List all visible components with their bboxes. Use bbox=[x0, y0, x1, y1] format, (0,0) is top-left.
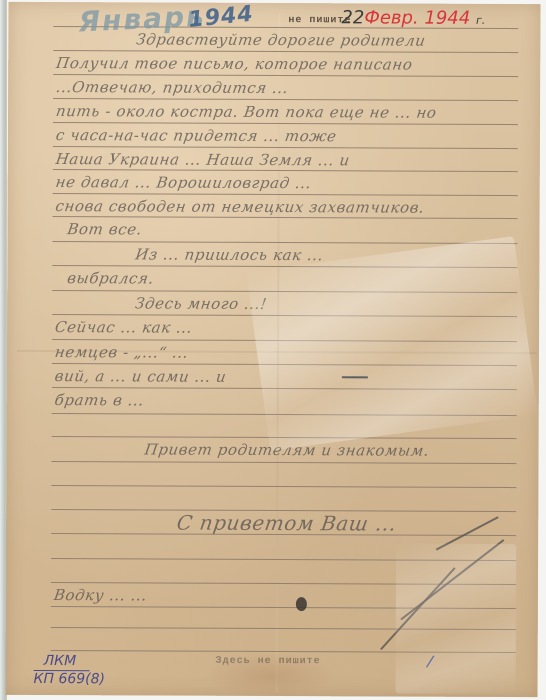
crossed-out-word bbox=[342, 376, 368, 378]
handwritten-line: Наша Украина ... Наша Земля ... и bbox=[55, 150, 523, 170]
handwritten-line: выбрался. bbox=[54, 269, 534, 289]
ruled-line bbox=[52, 290, 517, 293]
handwritten-line: ...Отвечаю, приходится ... bbox=[55, 78, 523, 98]
closing-signature-line: С приветом Ваш ... bbox=[53, 510, 521, 536]
letter-date: 22Февр. 1944 г. bbox=[341, 7, 485, 29]
handwritten-line: Здесь много ...! bbox=[54, 294, 522, 314]
ruled-line bbox=[52, 339, 517, 342]
printed-footer-text: Здесь не пишите bbox=[216, 656, 321, 667]
handwritten-line: брать в ... bbox=[53, 391, 521, 411]
ruled-line bbox=[52, 436, 517, 439]
ruled-line bbox=[52, 387, 517, 390]
archive-inventory-mark: ЛКМ КП 669(8) bbox=[34, 653, 106, 688]
handwritten-line: Вот все. bbox=[54, 220, 534, 240]
ruled-line bbox=[51, 558, 516, 561]
handwritten-line: не давал ... Ворошиловград ... bbox=[54, 173, 522, 193]
ruled-line bbox=[53, 50, 518, 53]
handwritten-line: с часа-на-час придется ... тоже bbox=[55, 126, 523, 146]
archive-item-number: КП 669(8) bbox=[34, 671, 106, 687]
handwritten-line: Из ... пришлось как ... bbox=[54, 245, 522, 265]
tape-glare bbox=[396, 544, 517, 695]
handwritten-line: Получил твое письмо, которое написано bbox=[55, 54, 523, 74]
ink-blot bbox=[296, 597, 307, 611]
handwritten-line: Сейчас ... как ... bbox=[54, 318, 522, 338]
ruled-line bbox=[53, 98, 518, 101]
ruled-line bbox=[53, 193, 518, 196]
date-day: 22 bbox=[341, 7, 364, 28]
ruled-line bbox=[51, 606, 516, 609]
ruled-line bbox=[53, 146, 518, 149]
ruled-line bbox=[53, 74, 518, 77]
handwritten-line: пить - около костра. Вот пока еще не ...… bbox=[55, 102, 523, 122]
ruled-line bbox=[51, 627, 516, 630]
ruled-line bbox=[52, 241, 517, 244]
postscript-line: Водку ... ... bbox=[53, 586, 521, 606]
ruled-line bbox=[52, 461, 517, 464]
handwritten-line: немцев - „...“ ... bbox=[54, 343, 522, 363]
archive-tick-mark: / bbox=[425, 651, 435, 671]
ruled-line bbox=[52, 314, 517, 317]
letter-sheet: Январь 1944 не пишите 22Февр. 1944 г. Зд… bbox=[5, 2, 540, 697]
blue-pencil-year: 1944 bbox=[187, 2, 254, 33]
ruled-line bbox=[53, 122, 518, 125]
ruled-line bbox=[52, 413, 517, 416]
ruled-line bbox=[52, 363, 517, 366]
ruled-line bbox=[52, 265, 517, 268]
regards-line: Привет родителям и знакомым. bbox=[53, 440, 521, 460]
date-month: Февр. bbox=[364, 7, 418, 28]
archive-collection-code: ЛКМ bbox=[34, 653, 90, 671]
handwritten-line: снова свободен от немецких захватчиков. bbox=[54, 197, 522, 217]
date-year: 1944 bbox=[424, 8, 470, 29]
handwritten-line: вий, а ... и сами ... и bbox=[54, 367, 522, 387]
ruled-line bbox=[51, 485, 516, 488]
greeting-line: Здравствуйте дорогие родители bbox=[55, 30, 523, 50]
date-suffix: г. bbox=[476, 14, 485, 27]
